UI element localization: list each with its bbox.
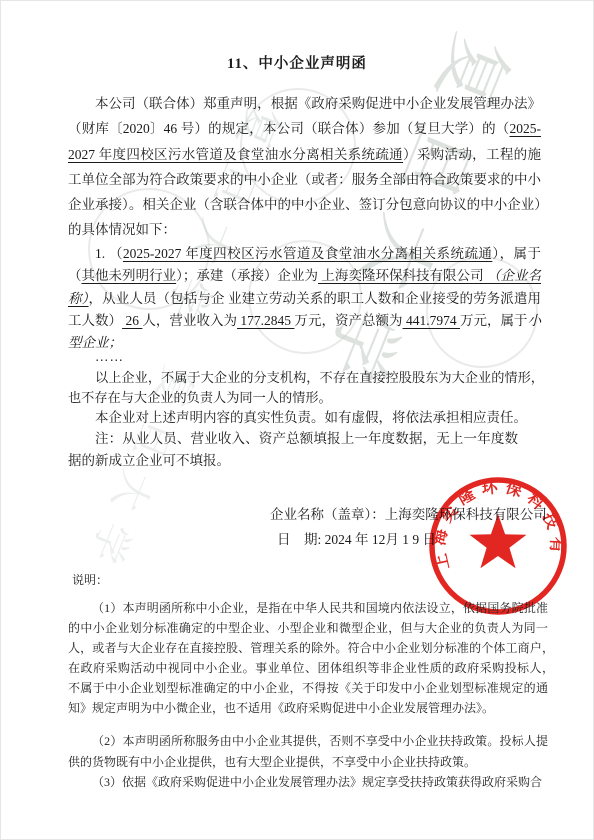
ellipsis-line: …… [68, 348, 541, 366]
note-item-1: （1）本声明函所称中小企业，是指在中华人民共和国境内依法设立，依据国务院批准的中… [68, 598, 548, 719]
annual-data-note-paragraph: 注：从业人员、营业收入、资产总额填报上一年度数据，无上一年度数据的新成立企业可不… [68, 428, 518, 471]
enterprise-detail-paragraph: 1. （2025-2027 年度四校区污水管道及食堂油水分离相关系统疏通），属于… [68, 243, 541, 354]
authenticity-paragraph: 本企业对上述声明内容的真实性负责。如有虚假，将依法承担相应责任。 [68, 408, 541, 428]
stamp-star-icon [470, 514, 527, 568]
date-line: 日 期: 2024 年 12月 1 9 日 [277, 528, 436, 548]
no-affiliation-paragraph: 以上企业，不属于大企业的分支机构，不存在直接控股股东为大企业的情形，也不存在与大… [68, 368, 544, 408]
document-title: 11、中小企业声明函 [0, 52, 594, 73]
intro-paragraph: 本公司（联合体）郑重声明，根据《政府采购促进中小企业发展管理办法》（财库〔202… [68, 91, 541, 243]
sme-declaration-letter-page: 复旦大学 复旦大学 复旦大学 11、中小企业声明函 本公司（联合体）郑重声明，根… [0, 0, 594, 840]
note-item-3: （3）依据《政府采购促进中小企业发展管理办法》规定享受扶持政策获得政府采购合 [68, 772, 548, 793]
notes-section-label: 说明： [72, 571, 108, 588]
company-seal-label: 企业名称（盖章）： [270, 507, 385, 522]
note-item-2: （2）本声明函所称服务由中小企业其提供，否则不享受中小企业扶持政策。投标人提供的… [68, 731, 548, 772]
